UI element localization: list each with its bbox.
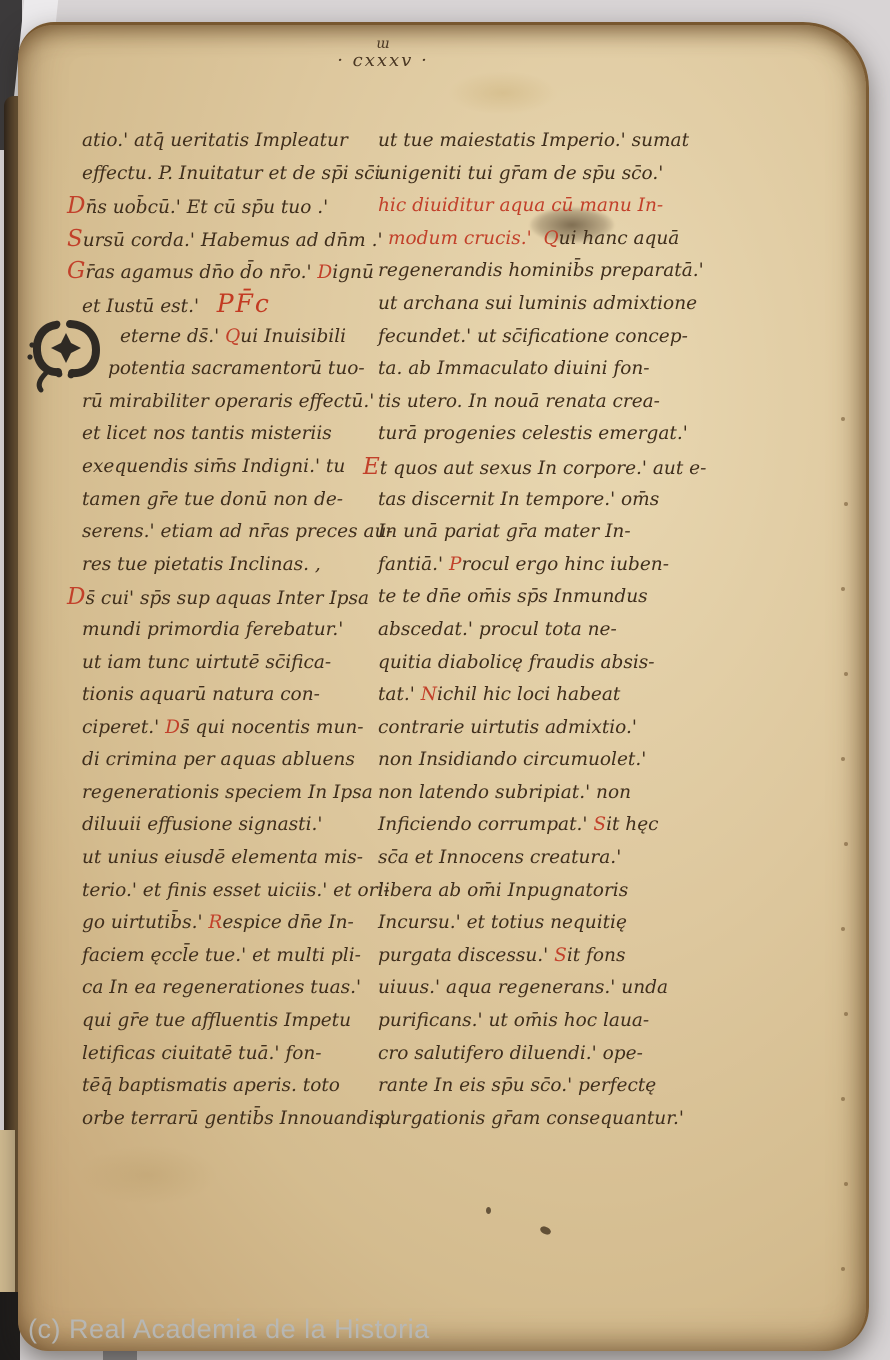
folio-number-block: ɯ · cxxxv · [318, 37, 448, 71]
manuscript-line: quitia diabolicę fraudis absis- [378, 647, 714, 680]
body-text: tas discernit In tempore.' om̄s [378, 489, 659, 510]
body-text: quitia diabolicę fraudis absis- [378, 652, 655, 673]
body-text: t quos aut sexus In corpore.' aut e- [380, 458, 707, 479]
manuscript-line: sc̄a et Innocens creatura.' [378, 842, 714, 875]
pricking-hole [841, 417, 845, 421]
pricking-hole [841, 587, 845, 591]
manuscript-photo: { "folio": { "mark": "ɯ", "number": "· c… [0, 0, 890, 1360]
body-text: et licet nos tantis misteriis [82, 423, 332, 444]
pricking-hole [841, 1267, 845, 1271]
rubric-text: R [208, 912, 222, 933]
body-text: di crimina per aquas abluens [82, 749, 355, 770]
manuscript-line: purgata discessu.' Sit fons [378, 940, 714, 973]
pricking-hole [844, 1182, 848, 1186]
manuscript-line: ut tue maiestatis Imperio.' sumat [378, 125, 714, 158]
manuscript-line: non Insidiando circumuolet.' [378, 744, 714, 777]
body-text: terio.' et finis esset uiciis.' et ori- [82, 880, 390, 901]
pricking-hole [841, 1097, 845, 1101]
manuscript-line: letificas ciuitatē tuā.' fon- [82, 1038, 384, 1071]
body-text: ut unius eiusdē elementa mis- [82, 847, 363, 868]
manuscript-line: tat.' Nichil hic loci habeat [378, 679, 714, 712]
body-text: uiuus.' aqua regenerans.' unda [378, 977, 668, 998]
manuscript-page: ɯ · cxxxv · atio.' atq̄ u [18, 22, 869, 1351]
manuscript-line: ta. ab Immaculato diuini fon- [378, 353, 714, 386]
rubric-text: D [165, 717, 180, 738]
body-text: ut tue maiestatis Imperio.' sumat [378, 130, 689, 151]
body-text: ursū corda.' Habemus ad dn̄m .' [83, 230, 383, 251]
body-text: libera ab om̄i Inpugnatoris [378, 880, 628, 901]
body-text: orbe terrarū gentib̄s Innouandis.' [82, 1108, 395, 1129]
body-text: In unā pariat gr̄a mater In- [378, 521, 631, 542]
manuscript-line: potentia sacramentorū tuo- [82, 353, 384, 386]
pricking-hole [844, 502, 848, 506]
body-text: purificans.' ut om̄is hoc laua- [378, 1010, 649, 1031]
manuscript-line: fantiā.' Procul ergo hinc iuben- [378, 549, 714, 582]
parchment-stain [448, 71, 558, 115]
manuscript-line: rū mirabiliter operaris effectū.' [82, 386, 384, 419]
body-text: Incursu.' et totius nequitię [378, 912, 627, 933]
manuscript-line: Ds̄ cui' sp̄s sup aquas Inter Ipsa [82, 581, 384, 614]
body-text: effectu. P. Inuitatur et de sp̄i sc̄i. [82, 163, 386, 184]
manuscript-line: Incursu.' et totius nequitię [378, 907, 714, 940]
body-text: s̄ cui' sp̄s sup aquas Inter Ipsa [85, 588, 369, 609]
body-text: tamen gr̄e tue donū non de- [82, 489, 343, 510]
body-text: regenerandis hominib̄s preparatā.' [378, 260, 704, 281]
manuscript-line: mundi primordia ferebatur.' [82, 614, 384, 647]
body-text: fantiā.' [378, 554, 449, 575]
manuscript-line: res tue pietatis Inclinas. , [82, 549, 384, 582]
manuscript-line: Et quos aut sexus In corpore.' aut e- [378, 451, 714, 484]
manuscript-line: modum crucis.' Qui hanc aquā [378, 223, 714, 256]
manuscript-line: regenerandis hominib̄s preparatā.' [378, 255, 714, 288]
body-text: qui gr̄e tue affluentis Impetu [82, 1010, 351, 1031]
body-text: rū mirabiliter operaris effectū.' [82, 391, 374, 412]
rubric-text: D [67, 584, 85, 610]
manuscript-line: unigeniti tui gr̄am de sp̄u sc̄o.' [378, 158, 714, 191]
manuscript-line: eterne ds̄.' Qui Inuisibili [82, 321, 384, 354]
manuscript-line: libera ab om̄i Inpugnatoris [378, 875, 714, 908]
body-text: ut archana sui luminis admixtione [378, 293, 697, 314]
manuscript-line: uiuus.' aqua regenerans.' unda [378, 972, 714, 1005]
rubric-text: N [421, 684, 437, 705]
manuscript-line: ut archana sui luminis admixtione [378, 288, 714, 321]
manuscript-line: abscedat.' procul tota ne- [378, 614, 714, 647]
manuscript-line: ut unius eiusdē elementa mis- [82, 842, 384, 875]
body-text: faciem ęccl̄e tue.' et multi pli- [82, 945, 361, 966]
pricking-hole [841, 757, 845, 761]
body-text: ca In ea regenerationes tuas.' [82, 977, 361, 998]
body-text: fecundet.' ut sc̄ificatione concep- [378, 326, 688, 347]
pricking-hole [844, 842, 848, 846]
body-text: n̄s uob̄cū.' Et cū sp̄u tuo .' [85, 197, 328, 218]
body-text: ui Inuisibili [240, 326, 346, 347]
body-text: non latendo subripiat.' non [378, 782, 631, 803]
manuscript-line: tis utero. In nouā renata crea- [378, 386, 714, 419]
body-text: s̄ qui nocentis mun- [180, 717, 364, 738]
manuscript-line: regenerationis speciem In Ipsa [82, 777, 384, 810]
body-text: eterne ds̄.' [120, 326, 225, 347]
manuscript-line: ca In ea regenerationes tuas.' [82, 972, 384, 1005]
body-text: abscedat.' procul tota ne- [378, 619, 617, 640]
body-text: ui hanc aquā [559, 228, 680, 249]
manuscript-line: Dn̄s uob̄cū.' Et cū sp̄u tuo .' [82, 190, 384, 223]
body-text: exequendis sim̄s Indigni.' tu [82, 456, 345, 477]
rubric-text: E [363, 454, 380, 480]
manuscript-line: hic diuiditur aqua cū manu In- [378, 190, 714, 223]
parchment-stain [78, 1145, 218, 1205]
body-text: turā progenies celestis emergat.' [378, 423, 688, 444]
body-text: it fons [567, 945, 626, 966]
body-text: letificas ciuitatē tuā.' fon- [82, 1043, 322, 1064]
body-text: serens.' etiam ad nr̄as preces au- [82, 521, 393, 542]
manuscript-line: serens.' etiam ad nr̄as preces au- [82, 516, 384, 549]
manuscript-line: diluuii effusione signasti.' [82, 809, 384, 842]
manuscript-line: rante In eis sp̄u sc̄o.' perfectę [378, 1070, 714, 1103]
body-text: tis utero. In nouā renata crea- [378, 391, 660, 412]
manuscript-line: Inficiendo corrumpat.' Sit hęc [378, 809, 714, 842]
body-text: sc̄a et Innocens creatura.' [378, 847, 621, 868]
manuscript-line: cro salutifero diluendi.' ope- [378, 1038, 714, 1071]
manuscript-line: tamen gr̄e tue donū non de- [82, 484, 384, 517]
body-text: et Iustū est.' [82, 296, 217, 317]
ink-speck [486, 1207, 491, 1214]
body-text: contrarie uirtutis admixtio.' [378, 717, 637, 738]
body-text: go uirtutib̄s.' [82, 912, 208, 933]
body-text: te te dn̄e om̄is sp̄s Inmundus [378, 586, 648, 607]
rubric-text: Q [225, 326, 240, 347]
body-text: tēq̄ baptismatis aperis. toto [82, 1075, 340, 1096]
pricking-hole [844, 1012, 848, 1016]
manuscript-line: faciem ęccl̄e tue.' et multi pli- [82, 940, 384, 973]
rubric-text: Q [543, 228, 558, 249]
rubric-text: S [593, 814, 606, 835]
folio-quire-mark: ɯ [318, 37, 448, 51]
body-text: ta. ab Immaculato diuini fon- [378, 358, 650, 379]
body-text: purgationis gr̄am consequantur.' [378, 1108, 684, 1129]
manuscript-line: purgationis gr̄am consequantur.' [378, 1103, 714, 1136]
rubric-text: modum crucis.' [388, 228, 543, 249]
body-text: ciperet.' [82, 717, 165, 738]
manuscript-line: turā progenies celestis emergat.' [378, 418, 714, 451]
manuscript-line: effectu. P. Inuitatur et de sp̄i sc̄i. [82, 158, 384, 191]
rubric-text: S [67, 226, 83, 252]
manuscript-line: Sursū corda.' Habemus ad dn̄m .' [82, 223, 384, 256]
manuscript-line: ut iam tunc uirtutē sc̄ifica- [82, 647, 384, 680]
manuscript-line: tas discernit In tempore.' om̄s [378, 484, 714, 517]
manuscript-line: ciperet.' Ds̄ qui nocentis mun- [82, 712, 384, 745]
body-text: ut iam tunc uirtutē sc̄ifica- [82, 652, 331, 673]
body-text: regenerationis speciem In Ipsa [82, 782, 373, 803]
manuscript-line: orbe terrarū gentib̄s Innouandis.' [82, 1103, 384, 1136]
manuscript-line: In unā pariat gr̄a mater In- [378, 516, 714, 549]
manuscript-line: di crimina per aquas abluens [82, 744, 384, 777]
manuscript-line: exequendis sim̄s Indigni.' tu [82, 451, 384, 484]
body-text: cro salutifero diluendi.' ope- [378, 1043, 643, 1064]
body-text: mundi primordia ferebatur.' [82, 619, 343, 640]
manuscript-line: et Iustū est.' PF̄c [82, 288, 384, 321]
body-text: diluuii effusione signasti.' [82, 814, 323, 835]
manuscript-line: tēq̄ baptismatis aperis. toto [82, 1070, 384, 1103]
rubric-text: D [317, 262, 332, 283]
manuscript-line: go uirtutib̄s.' Respice dn̄e In- [82, 907, 384, 940]
body-text: purgata discessu.' [378, 945, 554, 966]
folio-number: · cxxxv · [318, 51, 448, 71]
rubric-text: PF̄c [217, 289, 271, 318]
body-text: tionis aquarū natura con- [82, 684, 320, 705]
body-text: espice dn̄e In- [222, 912, 353, 933]
manuscript-line: terio.' et finis esset uiciis.' et ori- [82, 875, 384, 908]
pricking-hole [841, 927, 845, 931]
rubric-text: D [67, 193, 85, 219]
manuscript-line: fecundet.' ut sc̄ificatione concep- [378, 321, 714, 354]
text-column-right: ut tue maiestatis Imperio.' sumatunigeni… [378, 125, 714, 1135]
manuscript-line: qui gr̄e tue affluentis Impetu [82, 1005, 384, 1038]
body-text: r̄as agamus dn̄o d̄o nr̄o.' [85, 262, 317, 283]
text-column-left: atio.' atq̄ ueritatis Impleatureffectu. … [82, 125, 384, 1135]
pricking-hole [844, 672, 848, 676]
body-text: unigeniti tui gr̄am de sp̄u sc̄o.' [378, 163, 663, 184]
body-text: Inficiendo corrumpat.' [378, 814, 593, 835]
watermark: (c) Real Academia de la Historia [28, 1314, 430, 1345]
manuscript-line: Gr̄as agamus dn̄o d̄o nr̄o.' Dignū [82, 255, 384, 288]
body-text: non Insidiando circumuolet.' [378, 749, 646, 770]
body-text: rante In eis sp̄u sc̄o.' perfectę [378, 1075, 656, 1096]
body-text: tat.' [378, 684, 421, 705]
body-text: res tue pietatis Inclinas. , [82, 554, 321, 575]
rubric-text: G [67, 258, 85, 284]
manuscript-line: et licet nos tantis misteriis [82, 418, 384, 451]
scan-background-dark-bottom [0, 1292, 20, 1360]
body-text: ignū [332, 262, 374, 283]
rubric-text: hic diuiditur aqua cū manu In- [378, 195, 663, 216]
manuscript-line: tionis aquarū natura con- [82, 679, 384, 712]
rubric-text: S [554, 945, 567, 966]
body-text: potentia sacramentorū tuo- [108, 358, 365, 379]
manuscript-line: purificans.' ut om̄is hoc laua- [378, 1005, 714, 1038]
body-text: ichil hic loci habeat [437, 684, 620, 705]
manuscript-line: non latendo subripiat.' non [378, 777, 714, 810]
ink-speck [539, 1225, 552, 1236]
body-text: rocul ergo hinc iuben- [461, 554, 668, 575]
manuscript-line: te te dn̄e om̄is sp̄s Inmundus [378, 581, 714, 614]
manuscript-line: contrarie uirtutis admixtio.' [378, 712, 714, 745]
body-text: it hęc [606, 814, 658, 835]
rubric-text: P [449, 554, 461, 575]
body-text: atio.' atq̄ ueritatis Impleatur [82, 130, 348, 151]
manuscript-line: atio.' atq̄ ueritatis Impleatur [82, 125, 384, 158]
